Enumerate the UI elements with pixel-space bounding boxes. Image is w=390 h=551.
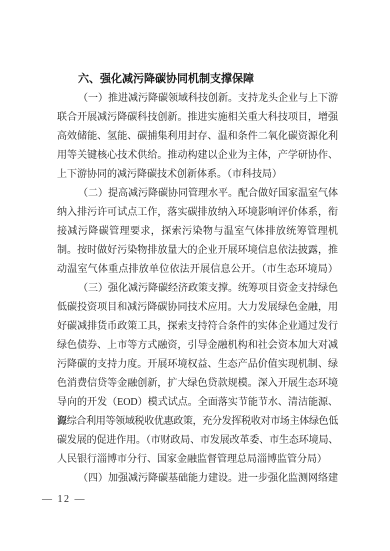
text-line: 绿色债券、上市等方式融资，引导金融机构和社会资本加大对减 — [57, 336, 338, 355]
text-line: 制。按时做好污染物排放量大的企业开展环境信息依法披露，推 — [57, 241, 338, 260]
text-line: （一）推进减污降碳领域科技创新。支持龙头企业与上下游 — [57, 89, 338, 108]
section-heading: 六、强化减污降碳协同机制支撑保障 — [57, 70, 338, 89]
paragraph: （四）加强减污降碳基础能力建设。进一步强化监测网络建 — [57, 469, 338, 488]
text-line: 导向的开发（EOD）模式试点。全面落实节能节水、清洁能源、资 — [57, 393, 338, 412]
text-line: 低碳投资项目和减污降碳协同技术应用。大力发展绿色金融，用 — [57, 298, 338, 317]
text-line: （二）提高减污降碳协同管理水平。配合做好国家温室气体 — [57, 184, 338, 203]
text-line: 动温室气体重点排放单位依法开展信息公开。（市生态环境局） — [57, 260, 338, 279]
paragraph: （一）推进减污降碳领域科技创新。支持龙头企业与上下游 联合开展减污降碳科技创新。… — [57, 89, 338, 184]
page-number: — 12 — — [42, 494, 86, 505]
paragraph: （三）强化减污降碳经济政策支撑。统筹项目资金支持绿色 低碳投资项目和减污降碳协同… — [57, 279, 338, 469]
text-line: 人民银行淄博市分行、国家金融监督管理总局淄博监管分局） — [57, 450, 338, 469]
text-line: 好碳减排货币政策工具，探索支持符合条件的实体企业通过发行 — [57, 317, 338, 336]
document-page: 六、强化减污降碳协同机制支撑保障 （一）推进减污降碳领域科技创新。支持龙头企业与… — [0, 0, 390, 551]
text-line: 用等关键核心技术供给。推动构建以企业为主体，产学研协作、 — [57, 146, 338, 165]
text-line: （四）加强减污降碳基础能力建设。进一步强化监测网络建 — [57, 469, 338, 488]
text-line: （三）强化减污降碳经济政策支撑。统筹项目资金支持绿色 — [57, 279, 338, 298]
text-line: 接减污降碳管理要求，探索污染物与温室气体排放统筹管理机 — [57, 222, 338, 241]
text-line: 源综合利用等领域税收优惠政策，充分发挥税收对市场主体绿色低 — [57, 412, 338, 431]
text-line: 色消费信贷等金融创新，扩大绿色贷款规模。深入开展生态环境 — [57, 374, 338, 393]
text-line: 联合开展减污降碳科技创新。推进实施相关重大科技项目，增强 — [57, 108, 338, 127]
paragraph: （二）提高减污降碳协同管理水平。配合做好国家温室气体 纳入排污许可试点工作，落实… — [57, 184, 338, 279]
text-line: 碳发展的促进作用。（市财政局、市发展改革委、市生态环境局、 — [57, 431, 338, 450]
text-line: 纳入排污许可试点工作，落实碳排放纳入环境影响评价体系，衔 — [57, 203, 338, 222]
text-line: 污降碳的支持力度。开展环境权益、生态产品价值实现机制、绿 — [57, 355, 338, 374]
document-body: 六、强化减污降碳协同机制支撑保障 （一）推进减污降碳领域科技创新。支持龙头企业与… — [57, 70, 338, 488]
text-line: 上下游协同的减污降碳技术创新体系。（市科技局） — [57, 165, 338, 184]
text-line: 高效储能、氢能、碳捕集利用封存、温和条件二氧化碳资源化利 — [57, 127, 338, 146]
